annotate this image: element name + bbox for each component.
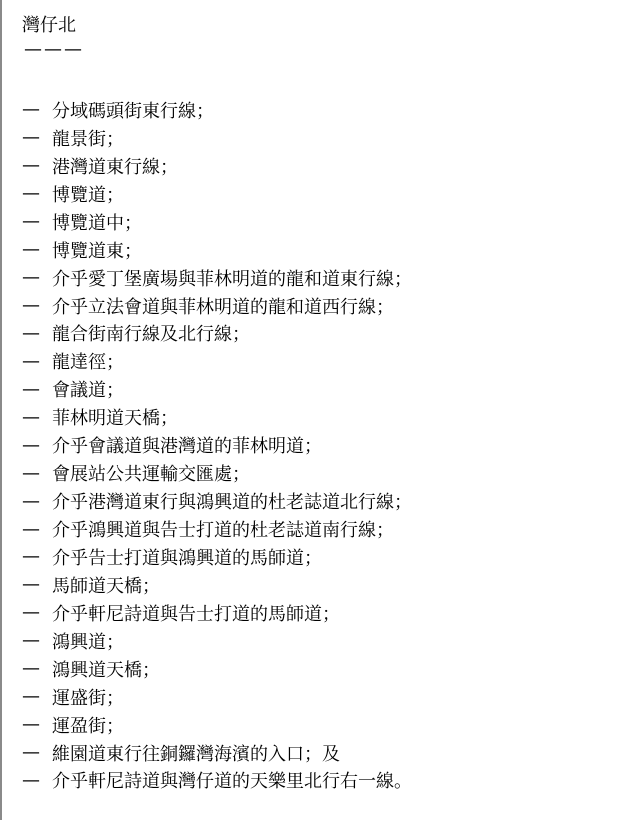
list-item: —鴻興道天橋； xyxy=(22,655,412,683)
list-item-text: 港灣道東行線； xyxy=(52,153,178,179)
dash-bullet-icon: — xyxy=(22,379,52,400)
list-item: —運盈街； xyxy=(22,711,412,739)
dash-bullet-icon: — xyxy=(22,463,52,484)
list-item-text: 介乎港灣道東行與鴻興道的杜老誌道北行線； xyxy=(52,488,412,514)
dash-bullet-icon: — xyxy=(22,267,52,288)
dash-bullet-icon: — xyxy=(22,155,52,176)
list-item-text: 維園道東行往銅鑼灣海濱的入口；及 xyxy=(52,740,340,766)
dash-bullet-icon: — xyxy=(22,574,52,595)
street-list: —分域碼頭街東行線； —龍景街； —港灣道東行線； —博覽道； —博覽道中； —… xyxy=(22,96,412,794)
list-item: —龍合街南行線及北行線； xyxy=(22,320,412,348)
dash-bullet-icon: — xyxy=(22,407,52,428)
list-item-text: 博覽道東； xyxy=(52,237,142,263)
list-item-text: 龍達徑； xyxy=(52,348,124,374)
list-item-text: 龍合街南行線及北行線； xyxy=(52,320,250,346)
dash-bullet-icon: — xyxy=(22,183,52,204)
dash-bullet-icon: — xyxy=(22,546,52,567)
dash-bullet-icon: — xyxy=(22,630,52,651)
dash-bullet-icon: — xyxy=(22,239,52,260)
section-title: 灣仔北 xyxy=(22,14,76,38)
document-page: 灣仔北 ——— —分域碼頭街東行線； —龍景街； —港灣道東行線； —博覽道； … xyxy=(0,0,629,820)
dash-bullet-icon: — xyxy=(22,742,52,763)
list-item-text: 介乎軒尼詩道與告士打道的馬師道； xyxy=(52,600,340,626)
list-item: —博覽道東； xyxy=(22,236,412,264)
list-item-text: 介乎會議道與港灣道的菲林明道； xyxy=(52,432,322,458)
list-item-text: 介乎鴻興道與告士打道的杜老誌道南行線； xyxy=(52,516,394,542)
list-item: —會議道； xyxy=(22,375,412,403)
list-item: —介乎鴻興道與告士打道的杜老誌道南行線； xyxy=(22,515,412,543)
list-item-text: 菲林明道天橋； xyxy=(52,404,178,430)
list-item-text: 介乎愛丁堡廣場與菲林明道的龍和道東行線； xyxy=(52,265,412,291)
dash-bullet-icon: — xyxy=(22,295,52,316)
list-item-text: 龍景街； xyxy=(52,125,124,151)
list-item-text: 馬師道天橋； xyxy=(52,572,160,598)
list-item: —龍景街； xyxy=(22,124,412,152)
list-item-text: 介乎告士打道與鴻興道的馬師道； xyxy=(52,544,322,570)
title-underline: ——— xyxy=(24,38,84,62)
list-item-text: 介乎軒尼詩道與灣仔道的天樂里北行右一線。 xyxy=(52,767,412,793)
list-item-text: 鴻興道天橋； xyxy=(52,656,160,682)
list-item: —介乎會議道與港灣道的菲林明道； xyxy=(22,431,412,459)
dash-bullet-icon: — xyxy=(22,351,52,372)
dash-bullet-icon: — xyxy=(22,99,52,120)
list-item: —介乎愛丁堡廣場與菲林明道的龍和道東行線； xyxy=(22,264,412,292)
list-item: —介乎軒尼詩道與灣仔道的天樂里北行右一線。 xyxy=(22,767,412,795)
dash-bullet-icon: — xyxy=(22,211,52,232)
list-item: —維園道東行往銅鑼灣海濱的入口；及 xyxy=(22,739,412,767)
list-item: —會展站公共運輸交匯處； xyxy=(22,459,412,487)
list-item-text: 鴻興道； xyxy=(52,628,124,654)
list-item-text: 分域碼頭街東行線； xyxy=(52,97,214,123)
list-item-text: 介乎立法會道與菲林明道的龍和道西行線； xyxy=(52,293,394,319)
dash-bullet-icon: — xyxy=(22,519,52,540)
list-item: —港灣道東行線； xyxy=(22,152,412,180)
list-item: —博覽道； xyxy=(22,180,412,208)
list-item-text: 運盛街； xyxy=(52,684,124,710)
list-item-text: 博覽道中； xyxy=(52,209,142,235)
list-item: —介乎告士打道與鴻興道的馬師道； xyxy=(22,543,412,571)
dash-bullet-icon: — xyxy=(22,602,52,623)
list-item: —龍達徑； xyxy=(22,347,412,375)
dash-bullet-icon: — xyxy=(22,435,52,456)
list-item-text: 會議道； xyxy=(52,376,124,402)
list-item: —博覽道中； xyxy=(22,208,412,236)
list-item: —菲林明道天橋； xyxy=(22,403,412,431)
dash-bullet-icon: — xyxy=(22,714,52,735)
list-item: —介乎港灣道東行與鴻興道的杜老誌道北行線； xyxy=(22,487,412,515)
list-item: —鴻興道； xyxy=(22,627,412,655)
list-item: —運盛街； xyxy=(22,683,412,711)
list-item: —馬師道天橋； xyxy=(22,571,412,599)
list-item: —介乎軒尼詩道與告士打道的馬師道； xyxy=(22,599,412,627)
dash-bullet-icon: — xyxy=(22,658,52,679)
dash-bullet-icon: — xyxy=(22,323,52,344)
list-item: —介乎立法會道與菲林明道的龍和道西行線； xyxy=(22,292,412,320)
list-item-text: 會展站公共運輸交匯處； xyxy=(52,460,250,486)
dash-bullet-icon: — xyxy=(22,127,52,148)
list-item-text: 博覽道； xyxy=(52,181,124,207)
dash-bullet-icon: — xyxy=(22,770,52,791)
list-item-text: 運盈街； xyxy=(52,712,124,738)
dash-bullet-icon: — xyxy=(22,686,52,707)
list-item: —分域碼頭街東行線； xyxy=(22,96,412,124)
dash-bullet-icon: — xyxy=(22,491,52,512)
